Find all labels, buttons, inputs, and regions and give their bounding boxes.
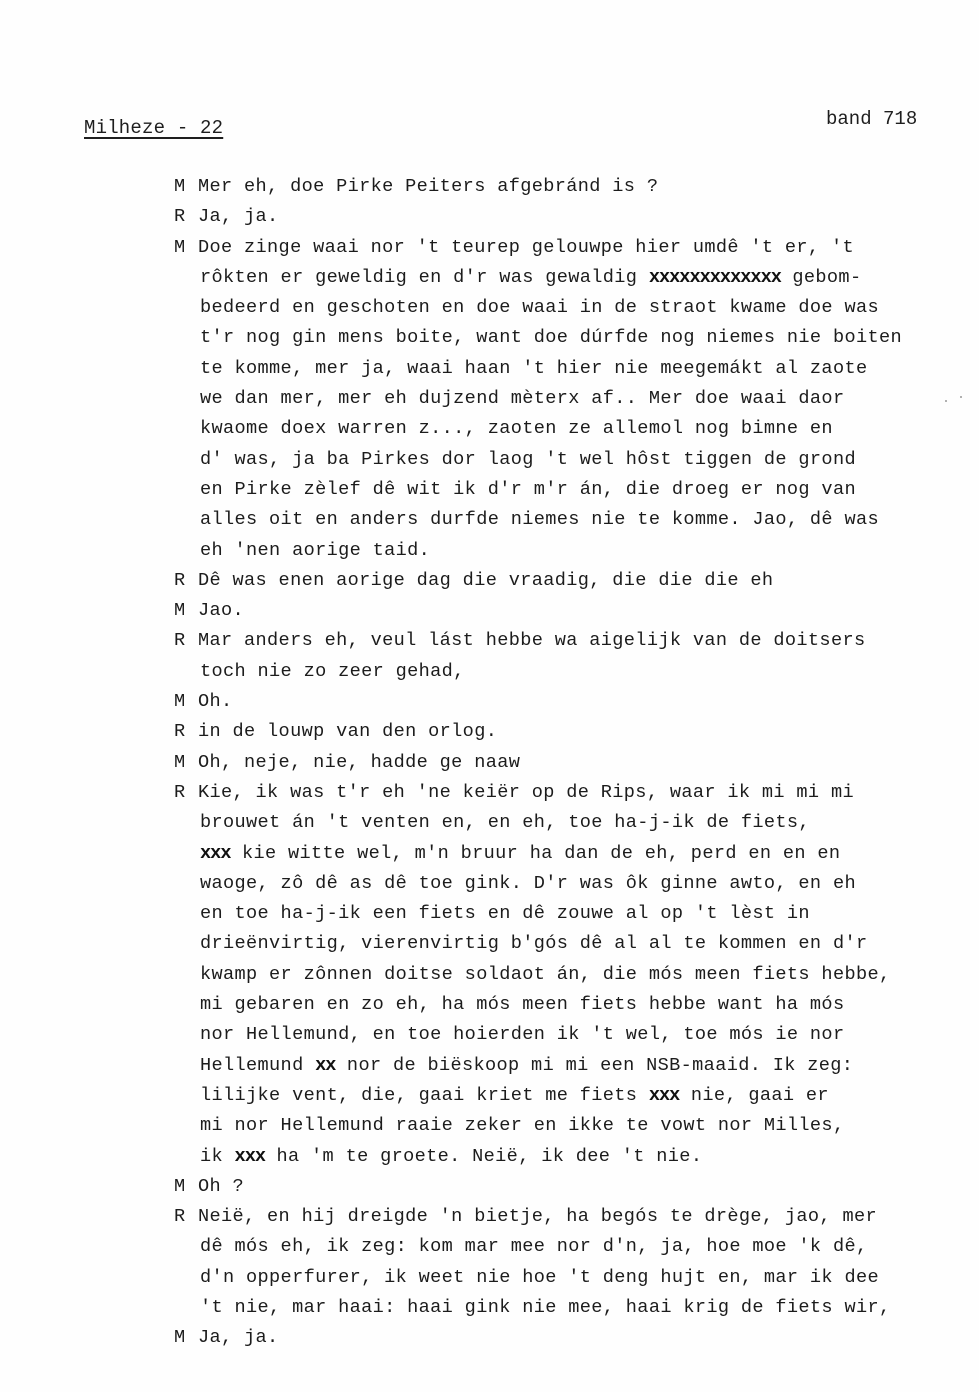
utterance-text: kie witte wel, m'n bruur ha dan de eh, p… xyxy=(230,843,840,864)
utterance-text: kwamp er zônnen doitse soldaot án, die m… xyxy=(200,964,890,985)
utterance-text: Hellemund xyxy=(200,1055,315,1076)
utterance-text: rôkten er geweldig en d'r was gewaldig xyxy=(200,267,649,288)
utterance-text: Mer eh, doe Pirke Peiters afgebránd is ? xyxy=(198,176,658,197)
speaker-label: M xyxy=(174,748,198,778)
transcript-utterance: MOh. xyxy=(174,687,974,717)
speaker-label: R xyxy=(174,566,198,596)
transcript-utterance: RDê was enen aorige dag die vraadig, die… xyxy=(174,566,974,596)
utterance-text: lilijke vent, die, gaai kriet me fiets xyxy=(200,1085,649,1106)
transcript-utterance: Rin de louwp van den orlog. xyxy=(174,717,974,747)
transcript-continuation-line: drieënvirtig, vierenvirtig b'gós dê al a… xyxy=(174,929,974,959)
transcript-continuation-line: mi gebaren en zo eh, ha mós meen fiets h… xyxy=(174,990,974,1020)
speaker-label: R xyxy=(174,717,198,747)
utterance-text: in de louwp van den orlog. xyxy=(198,721,497,742)
page-location-heading: Milheze - 22 xyxy=(84,117,223,139)
speaker-label: M xyxy=(174,233,198,263)
transcript-utterance: RKie, ik was t'r eh 'ne keiër op de Rips… xyxy=(174,778,974,808)
typed-overstrike: xxx xyxy=(235,1146,265,1167)
transcript-continuation-line: nor Hellemund, en toe hoierden ik 't wel… xyxy=(174,1020,974,1050)
transcript-continuation-line: we dan mer, mer eh dujzend mèterx af.. M… xyxy=(174,384,974,414)
utterance-text: nor Hellemund, en toe hoierden ik 't wel… xyxy=(200,1024,844,1045)
scan-speck xyxy=(960,396,962,398)
utterance-text: Oh. xyxy=(198,691,233,712)
speaker-label: R xyxy=(174,778,198,808)
utterance-text: dê mós eh, ik zeg: kom mar mee nor d'n, … xyxy=(200,1236,867,1257)
utterance-text: en Pirke zèlef dê wit ik d'r m'r án, die… xyxy=(200,479,856,500)
utterance-text: 't nie, mar haai: haai gink nie mee, haa… xyxy=(200,1297,890,1318)
utterance-text: en toe ha-j-ik een fiets en dê zouwe al … xyxy=(200,903,810,924)
transcript-continuation-line: brouwet án 't venten en, en eh, toe ha-j… xyxy=(174,808,974,838)
transcript-continuation-line: dê mós eh, ik zeg: kom mar mee nor d'n, … xyxy=(174,1232,974,1262)
speaker-label: M xyxy=(174,1172,198,1202)
utterance-text: te komme, mer ja, waai haan 't hier nie … xyxy=(200,358,867,379)
utterance-text: Ja, ja. xyxy=(198,1327,279,1348)
utterance-text: waoge, zô dê as dê toe gink. D'r was ôk … xyxy=(200,873,856,894)
tape-number: band 718 xyxy=(826,108,917,130)
transcript-continuation-line: en Pirke zèlef dê wit ik d'r m'r án, die… xyxy=(174,475,974,505)
speaker-label: M xyxy=(174,172,198,202)
typed-overstrike: xx xyxy=(315,1055,335,1076)
transcript-continuation-line: 't nie, mar haai: haai gink nie mee, haa… xyxy=(174,1293,974,1323)
transcript-utterance: MJao. xyxy=(174,596,974,626)
transcript-continuation-line: alles oit en anders durfde niemes nie te… xyxy=(174,505,974,535)
transcript-continuation-line: eh 'nen aorige taid. xyxy=(174,536,974,566)
utterance-text: Ja, ja. xyxy=(198,206,279,227)
utterance-text: toch nie zo zeer gehad, xyxy=(200,661,465,682)
utterance-text: mi nor Hellemund raaie zeker en ikke te … xyxy=(200,1115,844,1136)
transcript-continuation-line: waoge, zô dê as dê toe gink. D'r was ôk … xyxy=(174,869,974,899)
utterance-text: Oh ? xyxy=(198,1176,244,1197)
transcript-continuation-line: Hellemund xx nor de biëskoop mi mi een N… xyxy=(174,1051,974,1081)
utterance-text: alles oit en anders durfde niemes nie te… xyxy=(200,509,879,530)
transcript-utterance: RJa, ja. xyxy=(174,202,974,232)
utterance-text: Neië, en hij dreigde 'n bietje, ha begós… xyxy=(198,1206,877,1227)
utterance-text: nor de biëskoop mi mi een NSB-maaid. Ik … xyxy=(335,1055,853,1076)
transcript-utterance: RNeië, en hij dreigde 'n bietje, ha begó… xyxy=(174,1202,974,1232)
utterance-text: Doe zinge waai nor 't teurep gelouwpe hi… xyxy=(198,237,854,258)
transcript-continuation-line: kwaome doex warren z..., zaoten ze allem… xyxy=(174,414,974,444)
transcript-utterance: MJa, ja. xyxy=(174,1323,974,1353)
utterance-text: kwaome doex warren z..., zaoten ze allem… xyxy=(200,418,833,439)
transcript-utterance: MDoe zinge waai nor 't teurep gelouwpe h… xyxy=(174,233,974,263)
interview-transcript: MMer eh, doe Pirke Peiters afgebránd is … xyxy=(174,172,974,1354)
utterance-text: d'n opperfurer, ik weet nie hoe 't deng … xyxy=(200,1267,879,1288)
utterance-text: gebom- xyxy=(781,267,862,288)
typed-overstrike: xxx xyxy=(200,843,230,864)
transcript-continuation-line: en toe ha-j-ik een fiets en dê zouwe al … xyxy=(174,899,974,929)
utterance-text: t'r nog gin mens boite, want doe dúrfde … xyxy=(200,327,902,348)
speaker-label: M xyxy=(174,1323,198,1353)
transcript-continuation-line: rôkten er geweldig en d'r was gewaldig x… xyxy=(174,263,974,293)
speaker-label: R xyxy=(174,202,198,232)
transcript-continuation-line: te komme, mer ja, waai haan 't hier nie … xyxy=(174,354,974,384)
utterance-text: Mar anders eh, veul lást hebbe wa aigeli… xyxy=(198,630,865,651)
transcript-continuation-line: d' was, ja ba Pirkes dor laog 't wel hôs… xyxy=(174,445,974,475)
utterance-text: bedeerd en geschoten en doe waai in de s… xyxy=(200,297,879,318)
transcript-continuation-line: ik xxx ha 'm te groete. Neië, ik dee 't … xyxy=(174,1142,974,1172)
speaker-label: R xyxy=(174,1202,198,1232)
transcript-continuation-line: d'n opperfurer, ik weet nie hoe 't deng … xyxy=(174,1263,974,1293)
scan-speck xyxy=(945,400,947,402)
utterance-text: d' was, ja ba Pirkes dor laog 't wel hôs… xyxy=(200,449,856,470)
transcript-continuation-line: bedeerd en geschoten en doe waai in de s… xyxy=(174,293,974,323)
utterance-text: Kie, ik was t'r eh 'ne keiër op de Rips,… xyxy=(198,782,854,803)
speaker-label: M xyxy=(174,596,198,626)
utterance-text: drieënvirtig, vierenvirtig b'gós dê al a… xyxy=(200,933,867,954)
speaker-label: R xyxy=(174,626,198,656)
transcript-continuation-line: mi nor Hellemund raaie zeker en ikke te … xyxy=(174,1111,974,1141)
utterance-text: Oh, neje, nie, hadde ge naaw xyxy=(198,752,520,773)
transcript-continuation-line: xxx kie witte wel, m'n bruur ha dan de e… xyxy=(174,839,974,869)
utterance-text: ha 'm te groete. Neië, ik dee 't nie. xyxy=(265,1146,702,1167)
transcript-continuation-line: t'r nog gin mens boite, want doe dúrfde … xyxy=(174,323,974,353)
utterance-text: Dê was enen aorige dag die vraadig, die … xyxy=(198,570,773,591)
transcript-utterance: MOh, neje, nie, hadde ge naaw xyxy=(174,748,974,778)
utterance-text: mi gebaren en zo eh, ha mós meen fiets h… xyxy=(200,994,844,1015)
speaker-label: M xyxy=(174,687,198,717)
utterance-text: Jao. xyxy=(198,600,244,621)
transcript-continuation-line: lilijke vent, die, gaai kriet me fiets x… xyxy=(174,1081,974,1111)
typed-overstrike: xxx xyxy=(649,1085,679,1106)
transcript-utterance: MOh ? xyxy=(174,1172,974,1202)
typewritten-page: Milheze - 22 band 718 MMer eh, doe Pirke… xyxy=(0,0,979,1392)
typed-overstrike: xxxxxxxxxxxxx xyxy=(649,267,781,288)
transcript-continuation-line: toch nie zo zeer gehad, xyxy=(174,657,974,687)
utterance-text: we dan mer, mer eh dujzend mèterx af.. M… xyxy=(200,388,844,409)
transcript-utterance: MMer eh, doe Pirke Peiters afgebránd is … xyxy=(174,172,974,202)
transcript-utterance: RMar anders eh, veul lást hebbe wa aigel… xyxy=(174,626,974,656)
utterance-text: eh 'nen aorige taid. xyxy=(200,540,430,561)
utterance-text: ik xyxy=(200,1146,235,1167)
transcript-continuation-line: kwamp er zônnen doitse soldaot án, die m… xyxy=(174,960,974,990)
utterance-text: brouwet án 't venten en, en eh, toe ha-j… xyxy=(200,812,810,833)
utterance-text: nie, gaai er xyxy=(679,1085,829,1106)
